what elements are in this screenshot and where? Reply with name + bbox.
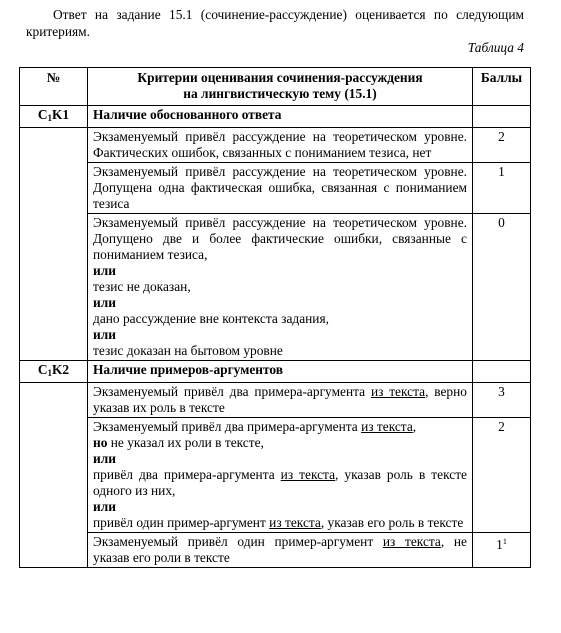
description-line: Экзаменуемый привёл рассуждение на теоре… bbox=[93, 164, 467, 212]
code-cell-empty bbox=[20, 163, 88, 214]
score-value: 0 bbox=[498, 215, 505, 230]
description-line: привёл один пример-аргумент из текста, у… bbox=[93, 515, 467, 531]
header-criteria-line1: Критерии оценивания сочинения-рассуждени… bbox=[137, 70, 422, 85]
score-value: 1 bbox=[498, 164, 505, 179]
table-row: Экзаменуемый привёл рассуждение на теоре… bbox=[20, 163, 531, 214]
or-keyword: или bbox=[93, 499, 116, 514]
description-line: Экзаменуемый привёл два примера-аргумент… bbox=[93, 419, 467, 435]
footnote-marker: 1 bbox=[503, 537, 507, 546]
description-line: Экзаменуемый привёл рассуждение на теоре… bbox=[93, 215, 467, 263]
or-separator: или bbox=[93, 499, 467, 515]
description-line: дано рассуждение вне контекста задания, bbox=[93, 311, 467, 327]
criterion-description: Экзаменуемый привёл рассуждение на теоре… bbox=[88, 128, 473, 163]
score-value: 3 bbox=[498, 384, 505, 399]
criterion-code-suffix: K1 bbox=[52, 107, 69, 122]
intro-text: Ответ на задание 15.1 (сочинение-рассужд… bbox=[26, 7, 524, 39]
or-keyword: или bbox=[93, 451, 116, 466]
code-cell-empty bbox=[20, 214, 88, 361]
criterion-description: Экзаменуемый привёл рассуждение на теоре… bbox=[88, 163, 473, 214]
intro-paragraph: Ответ на задание 15.1 (сочинение-рассужд… bbox=[26, 6, 524, 40]
description-line: тезис не доказан, bbox=[93, 279, 467, 295]
table-body: C1K1Наличие обоснованного ответаЭкзамену… bbox=[20, 106, 531, 568]
criterion-score-empty bbox=[473, 106, 531, 128]
description-line: Экзаменуемый привёл рассуждение на теоре… bbox=[93, 129, 467, 161]
criterion-row: C1K2Наличие примеров-аргументов bbox=[20, 361, 531, 383]
criterion-code: C1K1 bbox=[20, 106, 88, 128]
underlined-text: из текста bbox=[361, 419, 413, 434]
score-value: 2 bbox=[498, 419, 505, 434]
score-cell: 1 bbox=[473, 163, 531, 214]
score-value: 1 bbox=[496, 537, 503, 552]
code-cell-empty bbox=[20, 383, 88, 418]
description-line: но не указал их роли в тексте, bbox=[93, 435, 467, 451]
score-cell: 11 bbox=[473, 533, 531, 568]
criterion-description: Экзаменуемый привёл один пример-аргумент… bbox=[88, 533, 473, 568]
code-cell-empty bbox=[20, 128, 88, 163]
table-row: Экзаменуемый привёл рассуждение на теоре… bbox=[20, 128, 531, 163]
header-criteria-line2: на лингвистическую тему (15.1) bbox=[183, 86, 376, 101]
or-keyword: или bbox=[93, 327, 116, 342]
criterion-code-letter: C bbox=[38, 107, 48, 122]
header-criteria: Критерии оценивания сочинения-рассуждени… bbox=[88, 68, 473, 106]
criteria-table: № Критерии оценивания сочинения-рассужде… bbox=[19, 67, 531, 568]
description-line: Экзаменуемый привёл два примера-аргумент… bbox=[93, 384, 467, 416]
criterion-title: Наличие примеров-аргументов bbox=[88, 361, 473, 383]
header-number: № bbox=[20, 68, 88, 106]
table-header-row: № Критерии оценивания сочинения-рассужде… bbox=[20, 68, 531, 106]
criterion-description: Экзаменуемый привёл два примера-аргумент… bbox=[88, 383, 473, 418]
or-keyword: или bbox=[93, 263, 116, 278]
criterion-description: Экзаменуемый привёл рассуждение на теоре… bbox=[88, 214, 473, 361]
score-cell: 0 bbox=[473, 214, 531, 361]
header-score: Баллы bbox=[473, 68, 531, 106]
table-row: Экзаменуемый привёл рассуждение на теоре… bbox=[20, 214, 531, 361]
or-separator: или bbox=[93, 295, 467, 311]
underlined-text: из текста bbox=[383, 534, 441, 549]
emphasis-text: но bbox=[93, 435, 107, 450]
description-line: тезис доказан на бытовом уровне bbox=[93, 343, 467, 359]
description-line: Экзаменуемый привёл один пример-аргумент… bbox=[93, 534, 467, 566]
table-row: Экзаменуемый привёл два примера-аргумент… bbox=[20, 418, 531, 533]
description-line: привёл два примера-аргумента из текста, … bbox=[93, 467, 467, 499]
underlined-text: из текста bbox=[371, 384, 425, 399]
or-separator: или bbox=[93, 451, 467, 467]
score-cell: 2 bbox=[473, 418, 531, 533]
table-row: Экзаменуемый привёл два примера-аргумент… bbox=[20, 383, 531, 418]
underlined-text: из текста bbox=[281, 467, 335, 482]
criterion-title: Наличие обоснованного ответа bbox=[88, 106, 473, 128]
criterion-score-empty bbox=[473, 361, 531, 383]
criterion-code-letter: C bbox=[38, 362, 48, 377]
or-separator: или bbox=[93, 263, 467, 279]
criterion-row: C1K1Наличие обоснованного ответа bbox=[20, 106, 531, 128]
underlined-text: из текста bbox=[269, 515, 321, 530]
criterion-code-suffix: K2 bbox=[52, 362, 69, 377]
table-row: Экзаменуемый привёл один пример-аргумент… bbox=[20, 533, 531, 568]
or-keyword: или bbox=[93, 295, 116, 310]
criterion-description: Экзаменуемый привёл два примера-аргумент… bbox=[88, 418, 473, 533]
criterion-code: C1K2 bbox=[20, 361, 88, 383]
score-cell: 2 bbox=[473, 128, 531, 163]
code-cell-empty bbox=[20, 533, 88, 568]
table-caption: Таблица 4 bbox=[468, 40, 524, 56]
code-cell-empty bbox=[20, 418, 88, 533]
score-value: 2 bbox=[498, 129, 505, 144]
or-separator: или bbox=[93, 327, 467, 343]
score-cell: 3 bbox=[473, 383, 531, 418]
